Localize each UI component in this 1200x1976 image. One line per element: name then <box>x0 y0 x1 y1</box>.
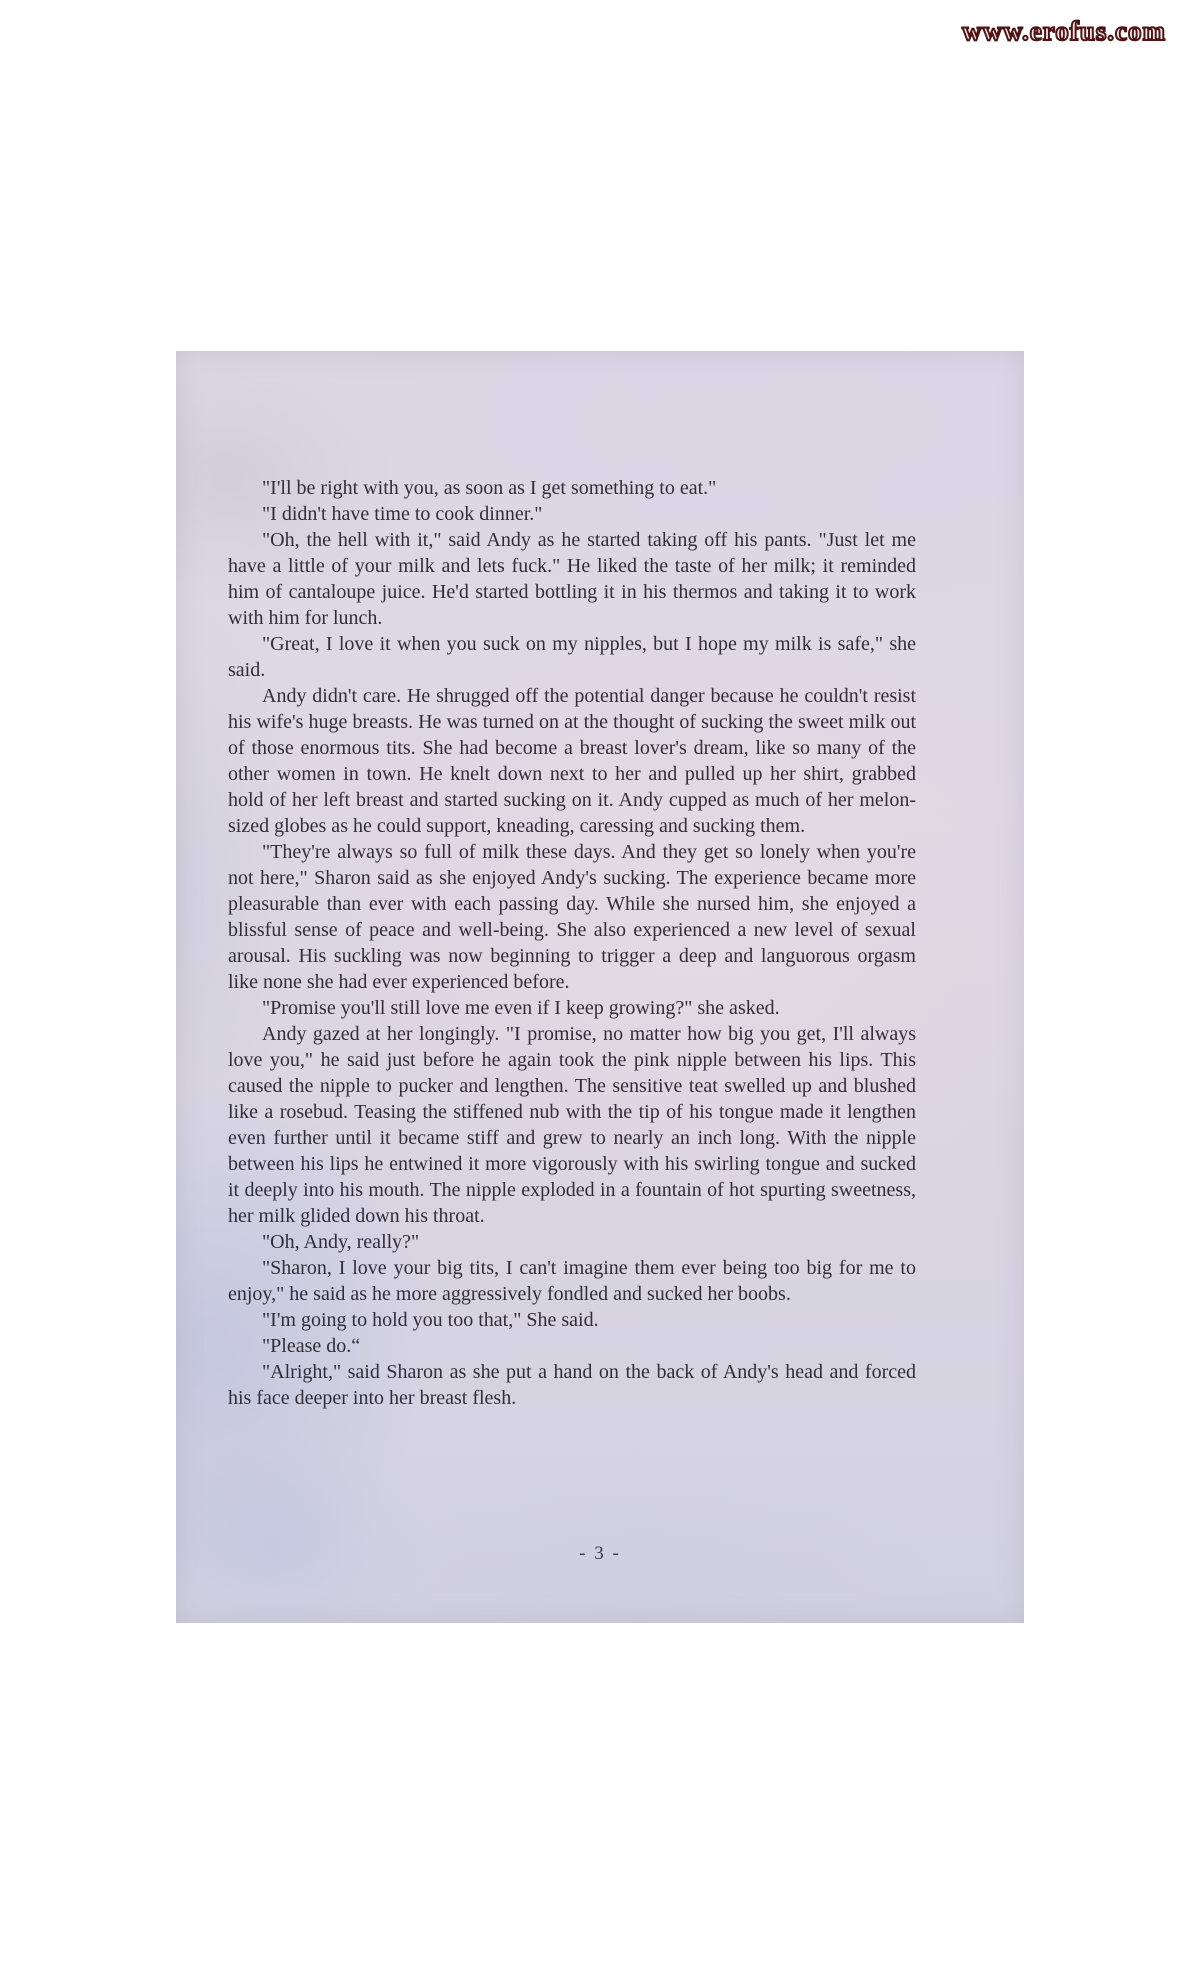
paragraph: Andy gazed at her longingly. "I promise,… <box>228 1021 916 1229</box>
watermark-url: www.erofus.com <box>962 16 1166 47</box>
paragraph: "Oh, Andy, really?" <box>228 1229 916 1255</box>
story-text: "I'll be right with you, as soon as I ge… <box>228 475 916 1411</box>
paragraph: "I'm going to hold you too that," She sa… <box>228 1307 916 1333</box>
paragraph: Andy didn't care. He shrugged off the po… <box>228 683 916 839</box>
scanned-page: "I'll be right with you, as soon as I ge… <box>176 351 1024 1623</box>
screenshot: www.erofus.com "I'll be right with you, … <box>0 0 1200 1976</box>
paragraph: "I'll be right with you, as soon as I ge… <box>228 475 916 501</box>
paragraph: "Oh, the hell with it," said Andy as he … <box>228 527 916 631</box>
page-number: - 3 - <box>176 1543 1024 1565</box>
paragraph: "Great, I love it when you suck on my ni… <box>228 631 916 683</box>
paragraph: "Please do.“ <box>228 1333 916 1359</box>
paragraph: "Sharon, I love your big tits, I can't i… <box>228 1255 916 1307</box>
paragraph: "I didn't have time to cook dinner." <box>228 501 916 527</box>
paragraph: "Promise you'll still love me even if I … <box>228 995 916 1021</box>
paragraph: "They're always so full of milk these da… <box>228 839 916 995</box>
paragraph: "Alright," said Sharon as she put a hand… <box>228 1359 916 1411</box>
